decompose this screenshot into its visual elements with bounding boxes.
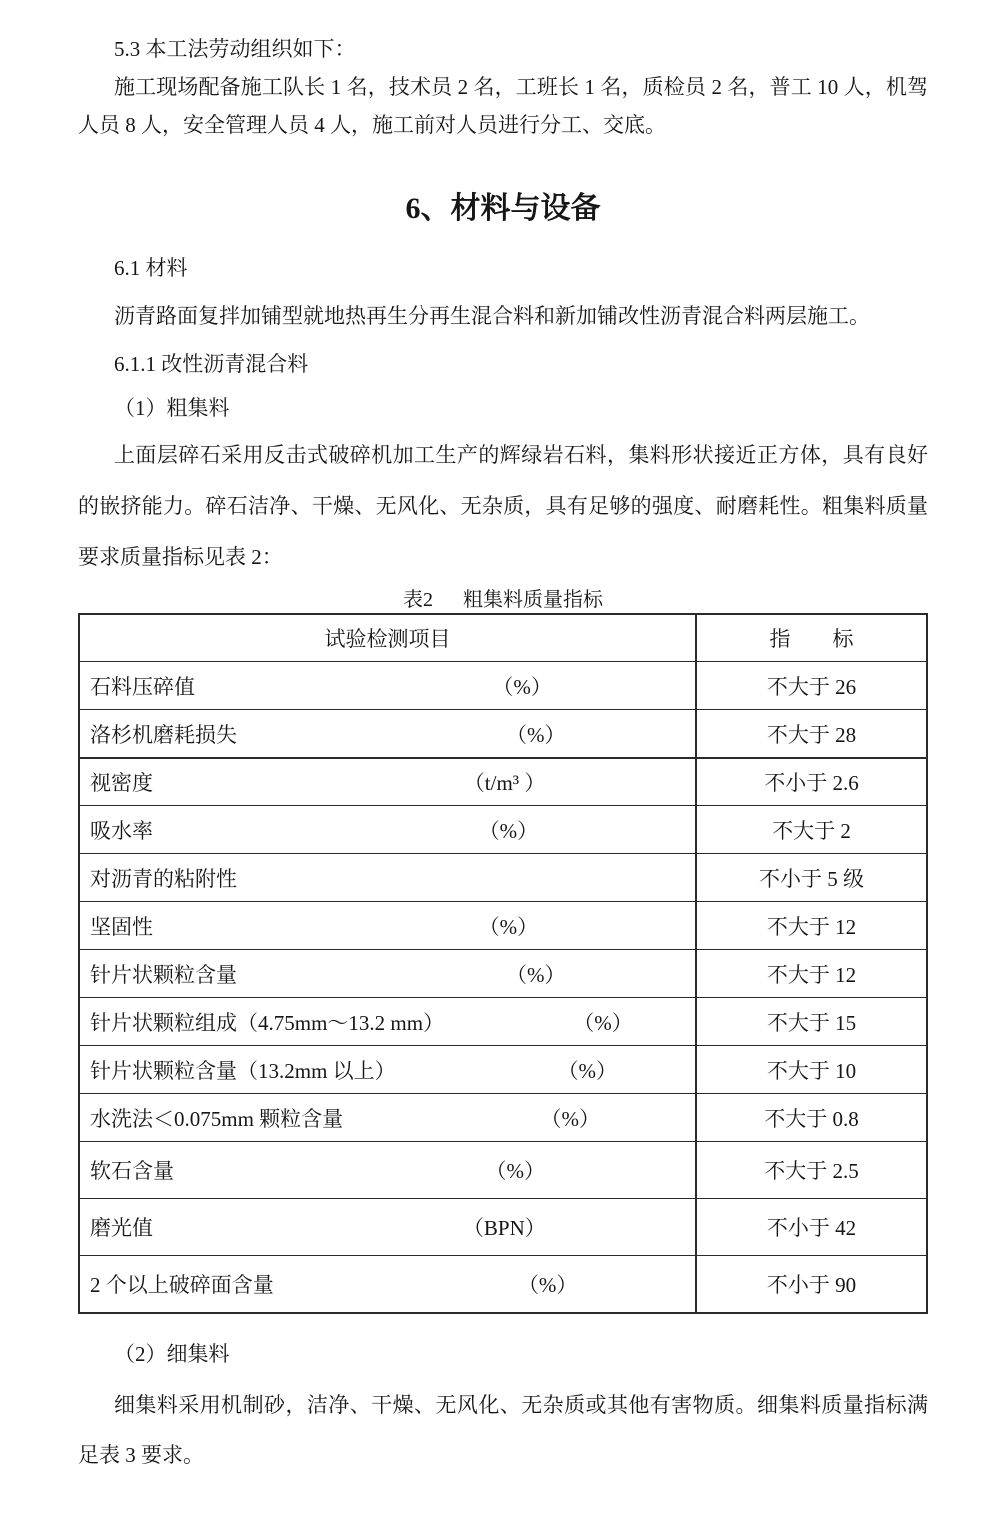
table-header-row: 试验检测项目 指 标	[80, 615, 926, 661]
table-cell-item: 洛杉机磨耗损失（%）	[80, 710, 697, 757]
item-value: 不大于 12	[697, 950, 926, 997]
column-header-index: 指 标	[697, 615, 926, 661]
table-row: 石料压碎值（%） 不大于 26	[80, 661, 926, 709]
item-value: 不大于 0.8	[697, 1094, 926, 1141]
item-label: 吸水率	[90, 815, 153, 845]
table-cell-item: 坚固性（%）	[80, 902, 697, 949]
section-5-3-heading: 5.3 本工法劳动组织如下：	[78, 30, 928, 68]
item-unit: （t/m³ ）	[464, 767, 546, 797]
table-cell-item: 针片状颗粒组成（4.75mm～13.2 mm）（%）	[80, 998, 697, 1045]
item-1-heading: （1）粗集料	[78, 394, 928, 422]
item-label: 针片状颗粒组成（4.75mm～13.2 mm）	[90, 1007, 444, 1037]
item-value: 不小于 90	[697, 1256, 926, 1312]
table-cell-item: 视密度（t/m³ ）	[80, 759, 697, 805]
table-row: 洛杉机磨耗损失（%） 不大于 28	[80, 709, 926, 757]
item-unit: （%）	[573, 1007, 633, 1037]
table-row: 针片状颗粒含量（13.2mm 以上）（%） 不大于 10	[80, 1045, 926, 1093]
item-label: 石料压碎值	[90, 671, 195, 701]
item-2-heading: （2）细集料	[78, 1340, 928, 1368]
table-row: 针片状颗粒组成（4.75mm～13.2 mm）（%） 不大于 15	[80, 997, 926, 1045]
item-unit: （%）	[486, 1155, 546, 1185]
item-value: 不大于 28	[697, 710, 926, 757]
table-row: 磨光值（BPN） 不小于 42	[80, 1198, 926, 1255]
item-value: 不大于 12	[697, 902, 926, 949]
table-cell-item: 2 个以上破碎面含量（%）	[80, 1256, 697, 1312]
item-unit: （%）	[518, 1269, 578, 1299]
table-row: 2 个以上破碎面含量（%） 不小于 90	[80, 1255, 926, 1312]
section-6-1-heading: 6.1 材料	[78, 254, 928, 282]
item-value: 不大于 2	[697, 806, 926, 853]
table-row: 水洗法＜0.075mm 颗粒含量（%） 不大于 0.8	[80, 1093, 926, 1141]
item-label: 磨光值	[90, 1212, 153, 1242]
table-cell-item: 吸水率（%）	[80, 806, 697, 853]
table-2-caption-title: 粗集料质量指标	[463, 589, 603, 611]
item-unit: （%）	[506, 959, 566, 989]
item-unit: （%）	[558, 1055, 618, 1085]
column-header-test-item: 试验检测项目	[80, 615, 697, 661]
table-cell-item: 针片状颗粒含量（%）	[80, 950, 697, 997]
item-value: 不小于 2.6	[697, 759, 926, 805]
coarse-aggregate-quality-table: 试验检测项目 指 标 石料压碎值（%） 不大于 26 洛杉机磨耗损失（%） 不大…	[78, 613, 928, 1314]
item-unit: （%）	[479, 911, 539, 941]
coarse-aggregate-paragraph: 上面层碎石采用反击式破碎机加工生产的辉绿岩石料，集料形状接近正方体，具有良好的嵌…	[78, 430, 928, 583]
item-label: 水洗法＜0.075mm 颗粒含量	[90, 1103, 343, 1133]
item-unit: （%）	[492, 671, 552, 701]
item-label: 针片状颗粒含量（13.2mm 以上）	[90, 1055, 396, 1085]
section-6-1-overview: 沥青路面复拌加铺型就地热再生分再生混合料和新加铺改性沥青混合料两层施工。	[78, 302, 928, 330]
item-value: 不小于 42	[697, 1199, 926, 1255]
table-row: 坚固性（%） 不大于 12	[80, 901, 926, 949]
table-2-caption-label: 表2	[403, 589, 433, 611]
table-cell-item: 磨光值（BPN）	[80, 1199, 697, 1255]
item-unit: （%）	[541, 1103, 601, 1133]
table-row: 对沥青的粘附性 不小于 5 级	[80, 853, 926, 901]
item-value: 不大于 2.5	[697, 1142, 926, 1198]
table-row: 针片状颗粒含量（%） 不大于 12	[80, 949, 926, 997]
table-cell-item: 水洗法＜0.075mm 颗粒含量（%）	[80, 1094, 697, 1141]
item-value: 不小于 5 级	[697, 854, 926, 901]
table-cell-item: 对沥青的粘附性	[80, 854, 697, 901]
item-unit: （%）	[506, 719, 566, 749]
item-label: 对沥青的粘附性	[90, 863, 237, 893]
section-6-1-1-heading: 6.1.1 改性沥青混合料	[78, 350, 928, 378]
item-label: 2 个以上破碎面含量	[90, 1269, 274, 1299]
item-label: 洛杉机磨耗损失	[90, 719, 237, 749]
item-value: 不大于 15	[697, 998, 926, 1045]
table-2-caption: 表2粗集料质量指标	[78, 587, 928, 613]
item-unit: （%）	[479, 815, 539, 845]
table-cell-item: 软石含量（%）	[80, 1142, 697, 1198]
table-row: 吸水率（%） 不大于 2	[80, 805, 926, 853]
table-cell-item: 针片状颗粒含量（13.2mm 以上）（%）	[80, 1046, 697, 1093]
table-row: 视密度（t/m³ ） 不小于 2.6	[80, 757, 926, 805]
item-value: 不大于 26	[697, 662, 926, 709]
item-value: 不大于 10	[697, 1046, 926, 1093]
table-cell-item: 石料压碎值（%）	[80, 662, 697, 709]
document-page: 5.3 本工法劳动组织如下： 施工现场配备施工队长 1 名，技术员 2 名，工班…	[0, 0, 1004, 1480]
table-row: 软石含量（%） 不大于 2.5	[80, 1141, 926, 1198]
item-label: 视密度	[90, 767, 153, 797]
chapter-heading: 6、材料与设备	[78, 190, 928, 228]
item-label: 针片状颗粒含量	[90, 959, 237, 989]
item-label: 软石含量	[90, 1155, 174, 1185]
item-label: 坚固性	[90, 911, 153, 941]
section-5-3-body: 施工现场配备施工队长 1 名，技术员 2 名，工班长 1 名，质检员 2 名，普…	[78, 68, 928, 144]
fine-aggregate-paragraph: 细集料采用机制砂，洁净、干燥、无风化、无杂质或其他有害物质。细集料质量指标满足表…	[78, 1380, 928, 1480]
item-unit: （BPN）	[463, 1212, 546, 1242]
